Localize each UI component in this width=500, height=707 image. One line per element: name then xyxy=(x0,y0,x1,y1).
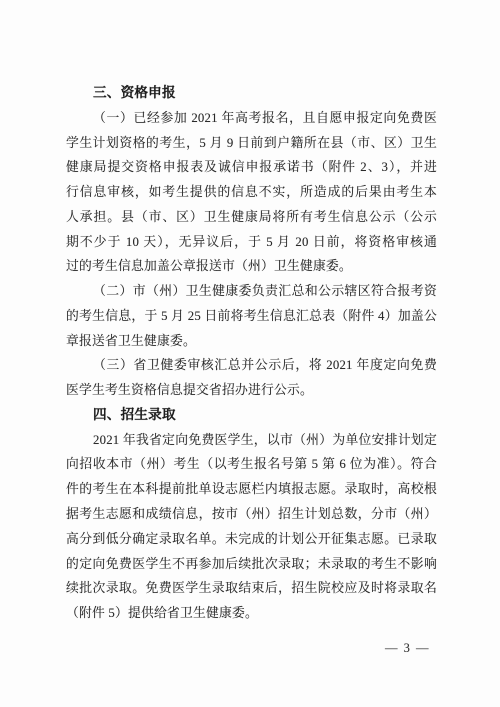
paragraph-line: 章报送省卫生健康委。 xyxy=(66,329,437,354)
paragraph-line: 高分到低分确定录取名单。未完成的计划公开征集志愿。已录取 xyxy=(66,527,437,552)
paragraph-line: 行信息审核，如考生提供的信息不实，所造成的后果由考生本 xyxy=(66,180,437,205)
paragraph-line: 件的考生在本科提前批单设志愿栏内填报志愿。录取时，高校根 xyxy=(66,477,437,502)
paragraph-line: 续批次录取。免费医学生录取结束后，招生院校应及时将录取名单 xyxy=(66,576,437,601)
paragraph-line: 向招收本市（州）考生（以考生报名号第 5 第 6 位为准）。符合条 xyxy=(66,452,437,477)
paragraph-line: （二）市（州）卫生健康委负责汇总和公示辖区符合报考资格 xyxy=(66,279,437,304)
paragraph-line: 学生计划资格的考生，5 月 9 日前到户籍所在县（市、区）卫生 xyxy=(66,131,437,156)
section-heading-admissions: 四、招生录取 xyxy=(66,403,437,428)
paragraph-line: 的考生信息，于 5 月 25 日前将考生信息汇总表（附件 4）加盖公 xyxy=(66,304,437,329)
section-heading-qualification: 三、资格申报 xyxy=(66,81,437,106)
paragraph-line: 的定向免费医学生不再参加后续批次录取；未录取的考生不影响后 xyxy=(66,552,437,577)
paragraph-line: 人承担。县（市、区）卫生健康局将所有考生信息公示（公示 xyxy=(66,205,437,230)
paragraph-line: 过的考生信息加盖公章报送市（州）卫生健康委。 xyxy=(66,254,437,279)
paragraph-line: 健康局提交资格申报表及诚信申报承诺书（附件 2、3），并进 xyxy=(66,155,437,180)
paragraph-line: 据考生志愿和成绩信息，按市（州）招生计划总数，分市（州）从 xyxy=(66,502,437,527)
page-number: — 3 — xyxy=(385,641,430,656)
paragraph-line: （一）已经参加 2021 年高考报名，且自愿申报定向免费医 xyxy=(66,106,437,131)
document-text-block: 三、资格申报 （一）已经参加 2021 年高考报名，且自愿申报定向免费医 学生计… xyxy=(66,81,437,626)
paragraph-line: 期不少于 10 天），无异议后，于 5 月 20 日前，将资格审核通 xyxy=(66,230,437,255)
paragraph-line: （三）省卫健委审核汇总并公示后，将 2021 年度定向免费 xyxy=(66,353,437,378)
document-page: 三、资格申报 （一）已经参加 2021 年高考报名，且自愿申报定向免费医 学生计… xyxy=(0,0,500,707)
paragraph-line: （附件 5）提供给省卫生健康委。 xyxy=(66,601,437,626)
paragraph-line: 2021 年我省定向免费医学生，以市（州）为单位安排计划定 xyxy=(66,428,437,453)
paragraph-line: 医学生考生资格信息提交省招办进行公示。 xyxy=(66,378,437,403)
